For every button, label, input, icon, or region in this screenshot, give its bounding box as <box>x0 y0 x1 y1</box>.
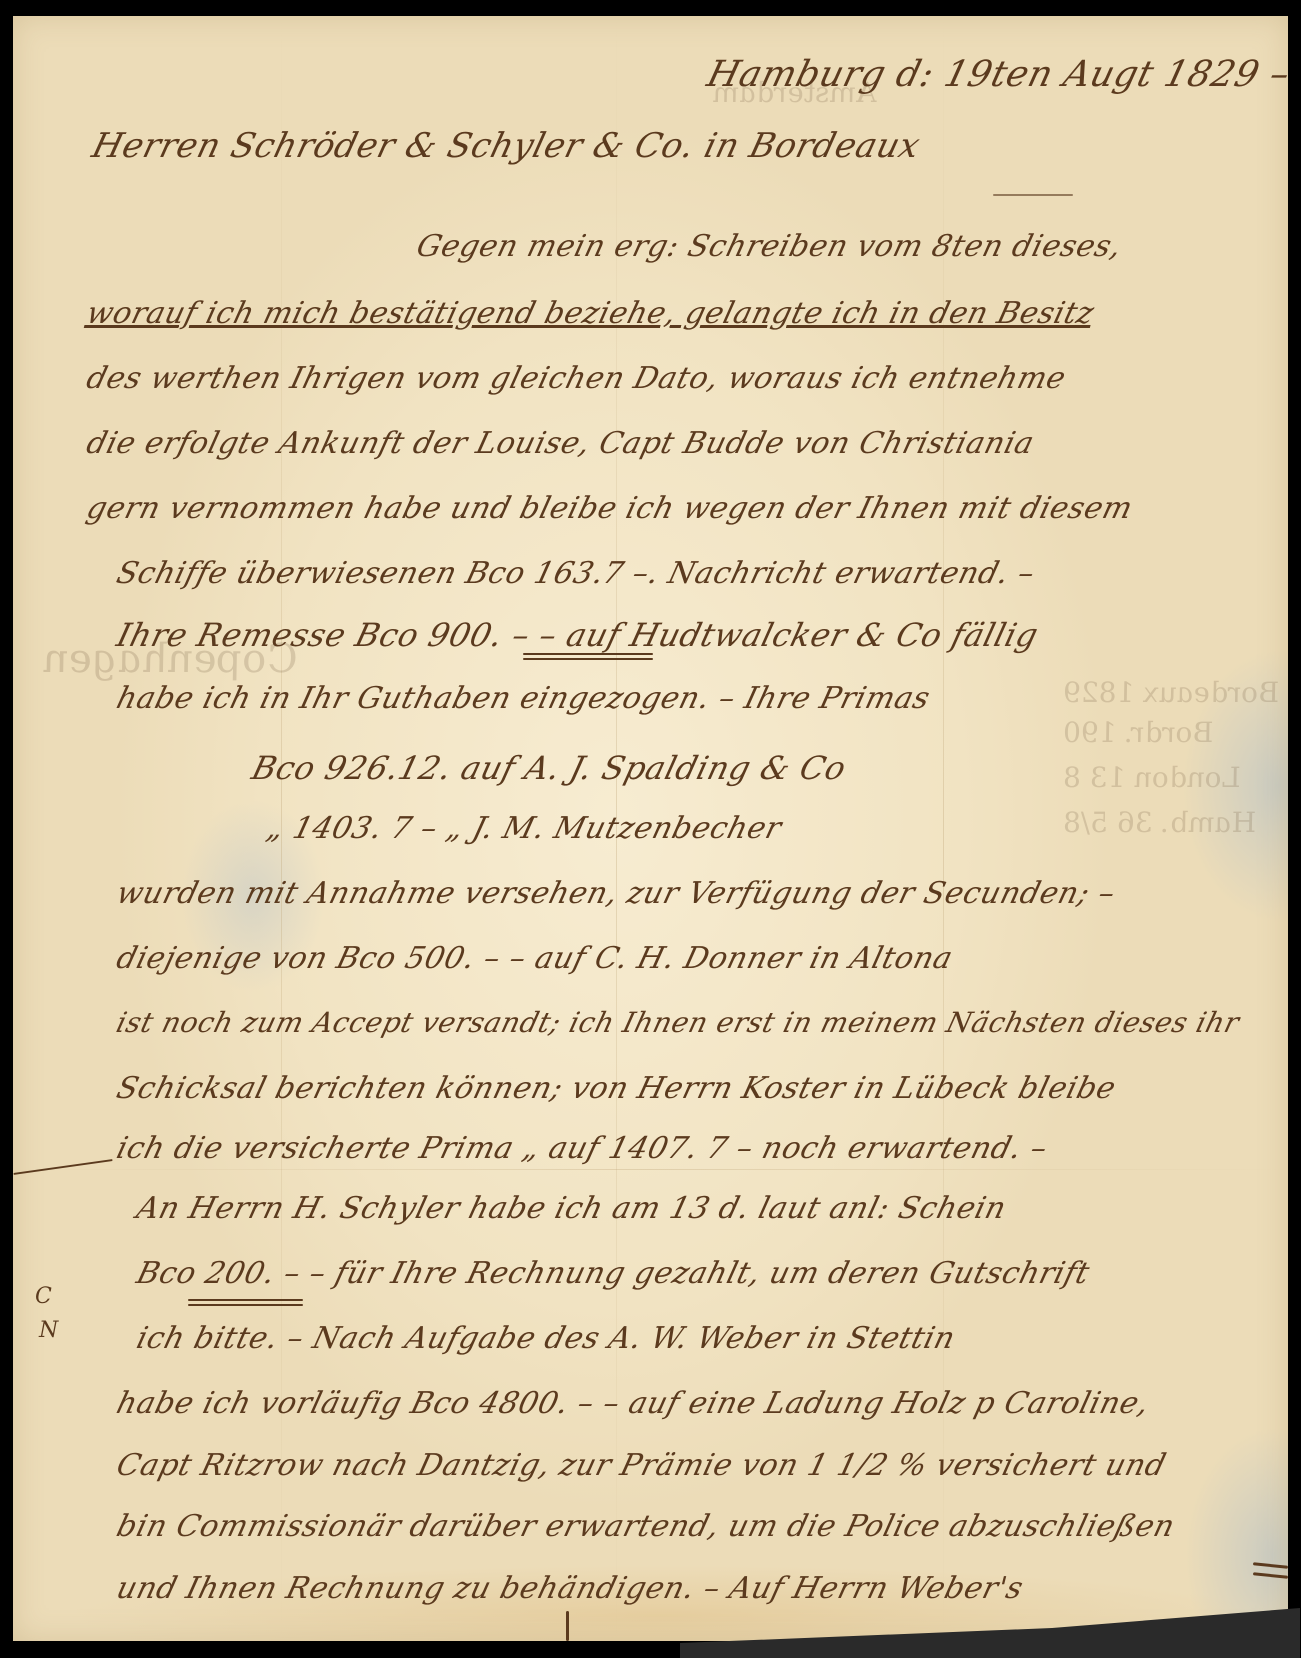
bleed-through-text: Hamb. 36 5/8 <box>1059 806 1259 839</box>
letter-line: wurden mit Annahme versehen, zur Verfügu… <box>113 876 1119 911</box>
letter-line: worauf ich mich bestätigend beziehe, gel… <box>83 296 1098 331</box>
letter-line: bin Commissionär darüber erwartend, um d… <box>113 1509 1178 1544</box>
bleed-through-text: Bordeaux 1829 <box>1059 676 1282 709</box>
letter-line: Schicksal berichten können; von Herrn Ko… <box>113 1071 1120 1106</box>
double-underline-stroke <box>188 1299 303 1301</box>
ink-stroke <box>566 1611 569 1641</box>
letter-line: ich bitte. – Nach Aufgabe des A. W. Webe… <box>133 1321 959 1356</box>
letter-line: diejenige von Bco 500. – – auf C. H. Don… <box>113 941 956 976</box>
letter-line: Bco 200. – – für Ihre Rechnung gezahlt, … <box>133 1256 1093 1291</box>
letter-line-bill: Bco 926.12. auf A. J. Spalding & Co <box>248 749 850 787</box>
bleed-through-text: London 13 8 <box>1059 761 1244 794</box>
letter-line: und Ihnen Rechnung zu behändigen. – Auf … <box>113 1571 1027 1606</box>
letter-place-date: Hamburg d: 19ten Augt 1829 – <box>703 54 1294 95</box>
letter-line: habe ich in Ihr Guthaben eingezogen. – I… <box>113 681 934 716</box>
letter-line: habe ich vorläufig Bco 4800. – – auf ein… <box>113 1386 1153 1421</box>
continuation-mark <box>1253 1562 1288 1569</box>
double-underline-stroke <box>523 653 653 655</box>
letter-line: Gegen mein erg: Schreiben vom 8ten diese… <box>413 229 1125 264</box>
letter-line: An Herrn H. Schyler habe ich am 13 d. la… <box>133 1191 1010 1226</box>
letter-line-remittance: Ihre Remesse Bco 900. – – auf Hudtwalcke… <box>113 616 1042 654</box>
letter-line: gern vernommen habe und bleibe ich wegen… <box>83 491 1136 526</box>
double-underline-stroke <box>188 1304 303 1306</box>
letter-recipient: Herren Schröder & Schyler & Co. in Borde… <box>88 126 924 166</box>
letter-line: die erfolgte Ankunft der Louise, Capt Bu… <box>83 426 1038 461</box>
margin-mark: C <box>35 1284 52 1309</box>
bleed-through-text: Bordr. 190 <box>1059 716 1216 749</box>
double-underline-stroke <box>523 658 653 660</box>
letter-line: Capt Ritzrow nach Dantzig, zur Prämie vo… <box>113 1448 1170 1483</box>
separator-stroke <box>993 194 1073 196</box>
letter-line-bill: „ 1403. 7 – „ J. M. Mutzenbecher <box>263 811 785 846</box>
continuation-mark <box>1253 1572 1288 1579</box>
letter-line: des werthen Ihrigen vom gleichen Dato, w… <box>83 361 1070 396</box>
letter-line: ich die versicherte Prima „ auf 1407. 7 … <box>113 1131 1051 1166</box>
letter-line: Schiffe überwiesenen Bco 163.7 –. Nachri… <box>113 556 1038 591</box>
paper-fold-line <box>13 1169 1288 1170</box>
letter-line: ist noch zum Accept versandt; ich Ihnen … <box>113 1006 1243 1039</box>
margin-stroke <box>13 1159 112 1175</box>
margin-mark: N <box>39 1318 58 1343</box>
letter-page: Amsterdam Bordeaux 1829 Bordr. 190 Londo… <box>13 16 1288 1641</box>
